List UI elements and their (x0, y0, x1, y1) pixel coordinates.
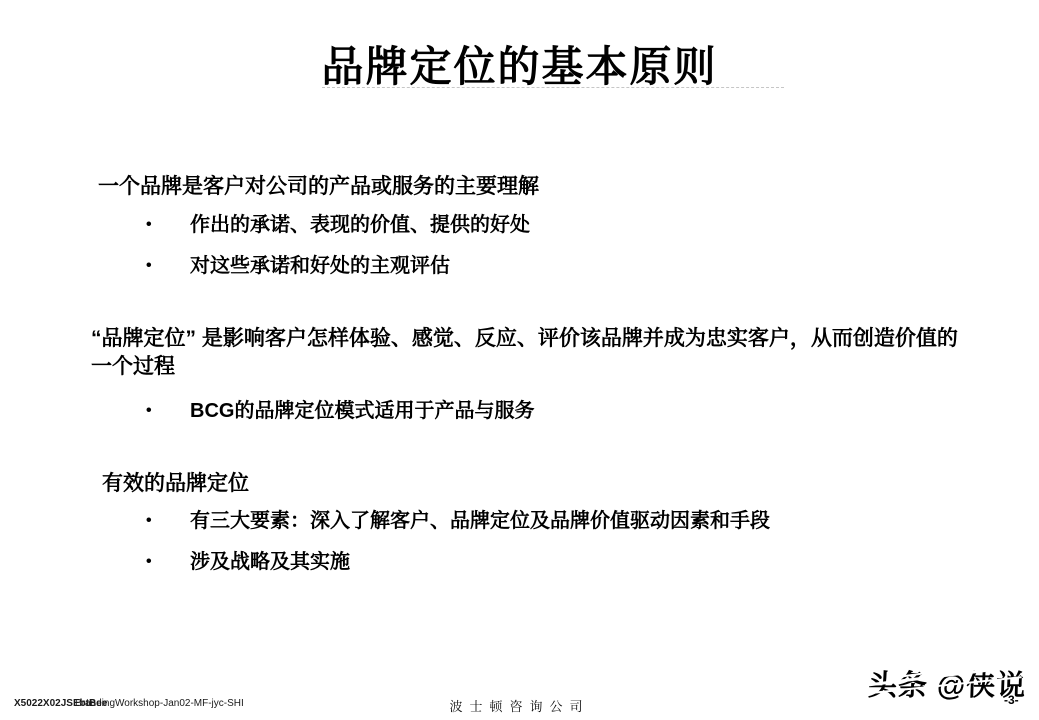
bullet-text: BCG的品牌定位模式适用于产品与服务 (190, 399, 534, 423)
section-heading-brand-understanding: 一个品牌是客户对公司的产品或服务的主要理解 (98, 173, 798, 201)
bullet-text: 作出的承诺、表现的价值、提供的好处 (190, 213, 530, 237)
bullet-item: •作出的承诺、表现的价值、提供的好处 (146, 213, 966, 237)
slide-title: 品牌定位的基本原则 (0, 34, 1039, 94)
bullet-text: 涉及战略及其实施 (190, 550, 350, 574)
bullet-icon: • (146, 213, 190, 237)
bullet-item: •BCG的品牌定位模式适用于产品与服务 (146, 399, 966, 423)
bullet-icon: • (146, 509, 190, 533)
bullet-item: •对这些承诺和好处的主观评估 (146, 254, 966, 278)
section-heading-brand-positioning: “品牌定位” 是影响客户怎样体验、感觉、反应、评价该品牌并成为忠实客户，从而创造… (91, 325, 965, 381)
bullet-icon: • (146, 254, 190, 278)
bullet-icon: • (146, 550, 190, 574)
bullet-icon: • (146, 399, 190, 423)
bullet-text: 有三大要素：深入了解客户、品牌定位及品牌价值驱动因素和手段 (190, 509, 770, 533)
slide: 品牌定位的基本原则 一个品牌是客户对公司的产品或服务的主要理解 •作出的承诺、表… (0, 0, 1039, 720)
bullet-text: 对这些承诺和好处的主观评估 (190, 254, 450, 278)
title-underline (322, 87, 784, 88)
bullet-item: •涉及战略及其实施 (146, 550, 966, 574)
bullet-item: •有三大要素：深入了解客户、品牌定位及品牌价值驱动因素和手段 (146, 509, 966, 533)
page-number: -3- (1004, 693, 1019, 707)
section-heading-effective-positioning: 有效的品牌定位 (102, 470, 802, 498)
